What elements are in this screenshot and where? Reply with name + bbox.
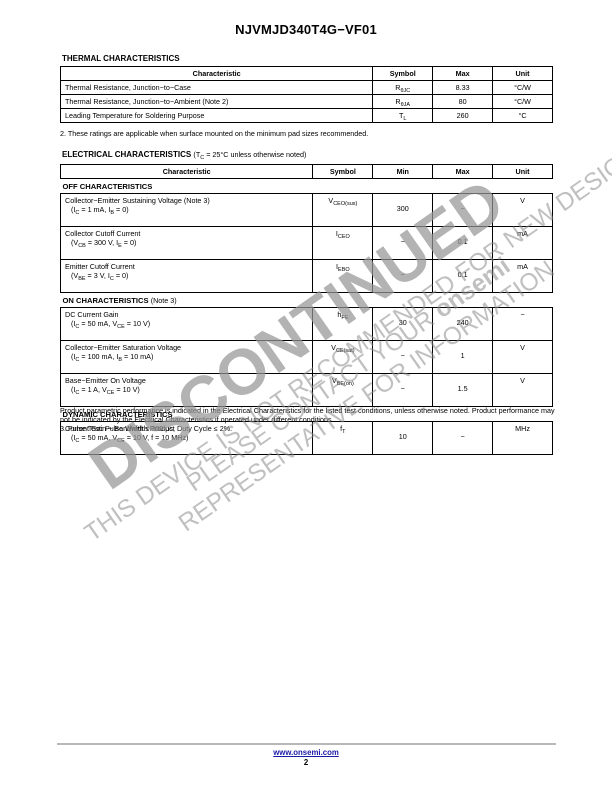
max-value: −	[433, 194, 493, 227]
group-on: ON CHARACTERISTICS (Note 3)	[61, 293, 553, 308]
table-row: Collector Cutoff Current(VCB = 300 V, IE…	[61, 227, 553, 260]
col-header: Symbol	[373, 67, 433, 81]
thermal-note: 2. These ratings are applicable when sur…	[60, 129, 555, 138]
footer-website-link[interactable]: www.onsemi.com	[0, 748, 612, 757]
table-row: Base−Emitter On Voltage(IC = 1 A, VCE = …	[61, 374, 553, 407]
table-row: Thermal Resistance, Junction−to−Case RθJ…	[61, 81, 553, 95]
col-header: Unit	[493, 165, 553, 179]
max-value: 1.5	[433, 374, 493, 407]
table-row: DC Current Gain(IC = 50 mA, VCE = 10 V) …	[61, 308, 553, 341]
test-condition: (IC = 1 A, VCE = 10 V)	[65, 385, 308, 394]
table-row: Collector−Emitter Saturation Voltage(IC …	[61, 341, 553, 374]
min-value: −	[373, 227, 433, 260]
electrical-section-title: ELECTRICAL CHARACTERISTICS (TC = 25°C un…	[62, 150, 306, 159]
test-condition: (VBE = 3 V, IC = 0)	[65, 271, 308, 280]
unit: V	[493, 341, 553, 374]
characteristic: DC Current Gain(IC = 50 mA, VCE = 10 V)	[61, 308, 313, 341]
characteristic: Collector−Emitter Sustaining Voltage (No…	[61, 194, 313, 227]
unit: °C	[493, 109, 553, 123]
characteristic: Base−Emitter On Voltage(IC = 1 A, VCE = …	[61, 374, 313, 407]
symbol: TL	[373, 109, 433, 123]
unit: mA	[493, 227, 553, 260]
group-off: OFF CHARACTERISTICS	[61, 179, 553, 194]
table-row: Leading Temperature for Soldering Purpos…	[61, 109, 553, 123]
max-value: 0.1	[433, 260, 493, 293]
test-condition: (IC = 50 mA, VCE = 10 V)	[65, 319, 308, 328]
symbol: hFE	[313, 308, 373, 341]
characteristic: Leading Temperature for Soldering Purpos…	[61, 109, 373, 123]
disclaimer-text: Product parametric performance is indica…	[60, 406, 555, 424]
symbol: VCEO(sus)	[313, 194, 373, 227]
col-header: Unit	[493, 67, 553, 81]
thermal-section-title: THERMAL CHARACTERISTICS	[62, 54, 180, 63]
electrical-header-row: Characteristic Symbol Min Max Unit	[61, 165, 553, 179]
min-value: −	[373, 260, 433, 293]
symbol: IEBO	[313, 260, 373, 293]
unit: −	[493, 308, 553, 341]
characteristic: Thermal Resistance, Junction−to−Ambient …	[61, 95, 373, 109]
characteristic: Collector Cutoff Current(VCB = 300 V, IE…	[61, 227, 313, 260]
test-condition: (IC = 1 mA, IB = 0)	[65, 205, 308, 214]
symbol: VCE(sat)	[313, 341, 373, 374]
col-header: Max	[433, 165, 493, 179]
table-row: Collector−Emitter Sustaining Voltage (No…	[61, 194, 553, 227]
unit: °C/W	[493, 81, 553, 95]
symbol: RθJC	[373, 81, 433, 95]
characteristic: Collector−Emitter Saturation Voltage(IC …	[61, 341, 313, 374]
max-value: 1	[433, 341, 493, 374]
test-condition: (IC = 50 mA, VCE = 10 V, f = 10 MHz)	[65, 433, 308, 442]
max-value: 8.33	[433, 81, 493, 95]
unit: V	[493, 374, 553, 407]
test-condition: (VCB = 300 V, IE = 0)	[65, 238, 308, 247]
col-header: Symbol	[313, 165, 373, 179]
symbol: VBE(on)	[313, 374, 373, 407]
table-row: Thermal Resistance, Junction−to−Ambient …	[61, 95, 553, 109]
thermal-header-row: Characteristic Symbol Max Unit	[61, 67, 553, 81]
page-number: 2	[0, 758, 612, 767]
table-row: Emitter Cutoff Current(VBE = 3 V, IC = 0…	[61, 260, 553, 293]
characteristic: Emitter Cutoff Current(VBE = 3 V, IC = 0…	[61, 260, 313, 293]
unit: V	[493, 194, 553, 227]
max-value: 260	[433, 109, 493, 123]
col-header: Max	[433, 67, 493, 81]
footer-divider	[57, 743, 556, 745]
test-condition: (IC = 100 mA, IB = 10 mA)	[65, 352, 308, 361]
thermal-table: Characteristic Symbol Max Unit Thermal R…	[60, 66, 553, 123]
max-value: 0.1	[433, 227, 493, 260]
electrical-condition: (TC = 25°C unless otherwise noted)	[193, 150, 306, 159]
min-value: −	[373, 341, 433, 374]
max-value: 80	[433, 95, 493, 109]
unit: mA	[493, 260, 553, 293]
pulse-test-note: 3. Pulse Test: Pulse Width ≤ 300 μs, Dut…	[60, 424, 555, 433]
max-value: 240	[433, 308, 493, 341]
col-header: Min	[373, 165, 433, 179]
unit: °C/W	[493, 95, 553, 109]
col-header: Characteristic	[61, 165, 313, 179]
min-value: −	[373, 374, 433, 407]
symbol: RθJA	[373, 95, 433, 109]
characteristic: Thermal Resistance, Junction−to−Case	[61, 81, 373, 95]
col-header: Characteristic	[61, 67, 373, 81]
page-title: NJVMJD340T4G−VF01	[0, 22, 612, 37]
symbol: ICEO	[313, 227, 373, 260]
min-value: 30	[373, 308, 433, 341]
min-value: 300	[373, 194, 433, 227]
